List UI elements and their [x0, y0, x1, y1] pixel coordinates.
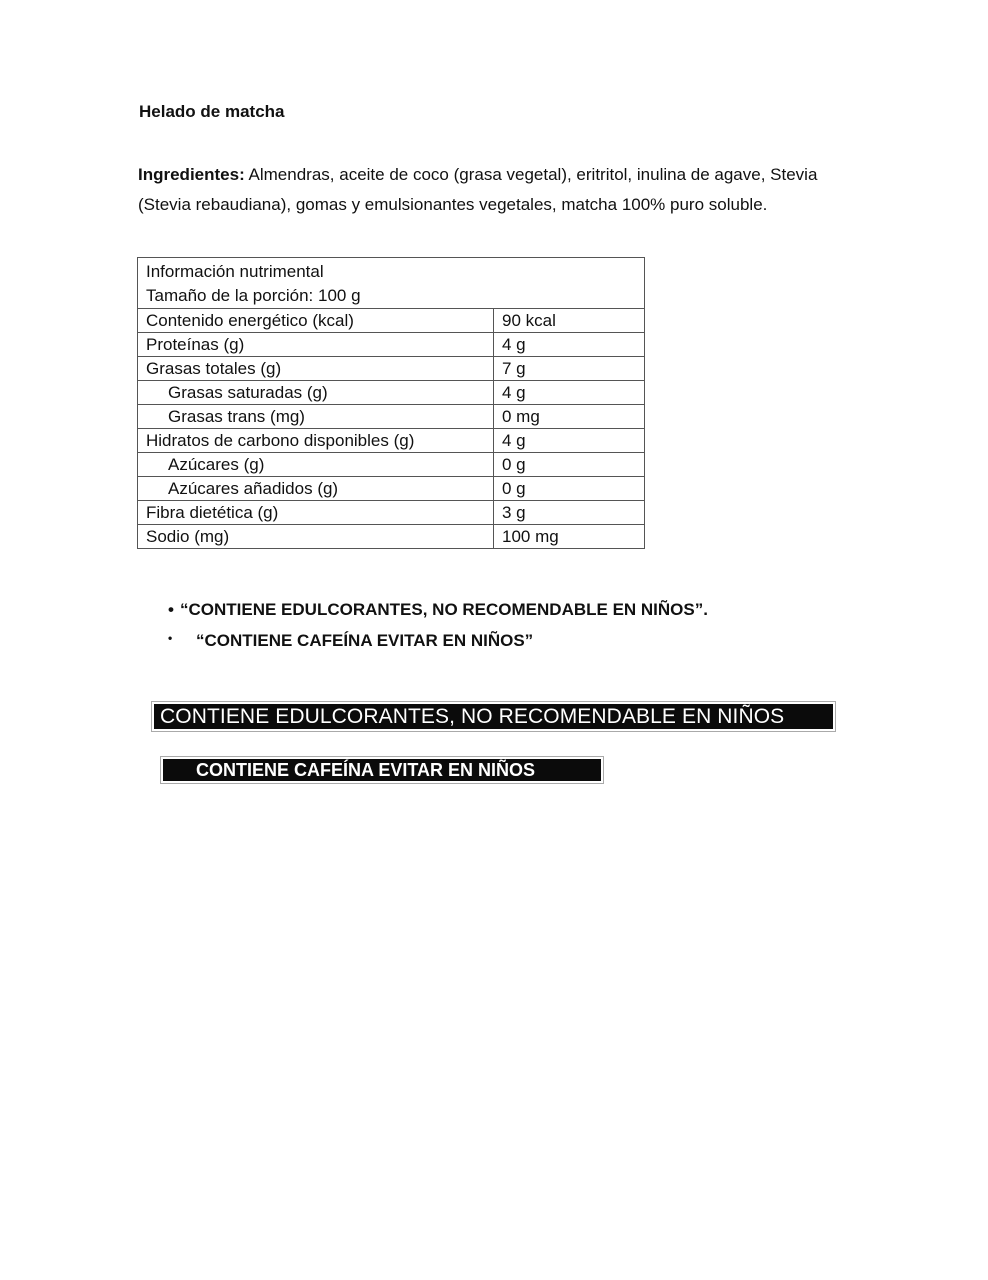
nutrient-name: Hidratos de carbono disponibles (g)	[146, 431, 414, 450]
nutrient-label: Hidratos de carbono disponibles (g)	[138, 429, 494, 453]
nutrition-table: Información nutrimental Tamaño de la por…	[137, 257, 645, 549]
nutrient-label: Grasas trans (mg)	[138, 405, 494, 429]
nutrient-value: 4 g	[494, 429, 645, 453]
warnings-list: •“CONTIENE EDULCORANTES, NO RECOMENDABLE…	[168, 598, 708, 654]
warning-item: •“CONTIENE EDULCORANTES, NO RECOMENDABLE…	[168, 598, 708, 626]
warning-text: “CONTIENE CAFEÍNA EVITAR EN NIÑOS”	[196, 631, 533, 650]
nutrition-header-cell: Información nutrimental Tamaño de la por…	[138, 258, 645, 309]
nutrient-value: 0 g	[494, 453, 645, 477]
table-row: Fibra dietética (g)3 g	[138, 501, 645, 525]
table-row: Hidratos de carbono disponibles (g)4 g	[138, 429, 645, 453]
nutrient-value: 0 g	[494, 477, 645, 501]
banner-text: CONTIENE EDULCORANTES, NO RECOMENDABLE E…	[154, 704, 833, 729]
table-row: Grasas saturadas (g)4 g	[138, 381, 645, 405]
nutrient-name: Sodio (mg)	[146, 527, 229, 546]
warning-item: •“CONTIENE CAFEÍNA EVITAR EN NIÑOS”	[168, 626, 708, 654]
nutrient-label: Azúcares añadidos (g)	[138, 477, 494, 501]
nutrient-label: Proteínas (g)	[138, 333, 494, 357]
nutrient-label: Azúcares (g)	[138, 453, 494, 477]
nutrient-name: Azúcares añadidos (g)	[146, 477, 338, 500]
nutrient-label: Sodio (mg)	[138, 525, 494, 549]
nutrient-value: 3 g	[494, 501, 645, 525]
nutrition-header: Información nutrimental	[146, 260, 636, 284]
nutrient-label: Fibra dietética (g)	[138, 501, 494, 525]
caffeine-warning-banner: CONTIENE CAFEÍNA EVITAR EN NIÑOS	[160, 756, 604, 784]
nutrient-label: Grasas saturadas (g)	[138, 381, 494, 405]
nutrient-value: 7 g	[494, 357, 645, 381]
nutrient-name: Proteínas (g)	[146, 335, 244, 354]
table-row: Proteínas (g)4 g	[138, 333, 645, 357]
nutrient-value: 100 mg	[494, 525, 645, 549]
bullet-icon: •	[168, 598, 180, 622]
table-row: Contenido energético (kcal)90 kcal	[138, 309, 645, 333]
table-row: Sodio (mg)100 mg	[138, 525, 645, 549]
table-row: Grasas trans (mg)0 mg	[138, 405, 645, 429]
nutrient-label: Grasas totales (g)	[138, 357, 494, 381]
table-row: Grasas totales (g)7 g	[138, 357, 645, 381]
nutrient-value: 4 g	[494, 381, 645, 405]
bullet-icon: •	[168, 626, 196, 650]
nutrient-name: Fibra dietética (g)	[146, 503, 278, 522]
nutrient-name: Grasas saturadas (g)	[146, 381, 328, 404]
banner-text: CONTIENE CAFEÍNA EVITAR EN NIÑOS	[163, 759, 601, 781]
sweetener-warning-banner: CONTIENE EDULCORANTES, NO RECOMENDABLE E…	[151, 701, 836, 732]
nutrient-name: Grasas totales (g)	[146, 359, 281, 378]
nutrition-header-row: Información nutrimental Tamaño de la por…	[138, 258, 645, 309]
nutrient-value: 90 kcal	[494, 309, 645, 333]
nutrient-name: Grasas trans (mg)	[146, 405, 305, 428]
nutrient-name: Contenido energético (kcal)	[146, 311, 354, 330]
serving-size: Tamaño de la porción: 100 g	[146, 284, 636, 308]
ingredients-paragraph: Ingredientes: Almendras, aceite de coco …	[138, 160, 858, 220]
table-row: Azúcares añadidos (g)0 g	[138, 477, 645, 501]
nutrient-name: Azúcares (g)	[146, 453, 264, 476]
table-row: Azúcares (g)0 g	[138, 453, 645, 477]
page-title: Helado de matcha	[139, 102, 285, 122]
ingredients-label: Ingredientes:	[138, 165, 245, 184]
nutrient-value: 4 g	[494, 333, 645, 357]
warning-text: “CONTIENE EDULCORANTES, NO RECOMENDABLE …	[180, 600, 708, 619]
nutrient-value: 0 mg	[494, 405, 645, 429]
nutrient-label: Contenido energético (kcal)	[138, 309, 494, 333]
